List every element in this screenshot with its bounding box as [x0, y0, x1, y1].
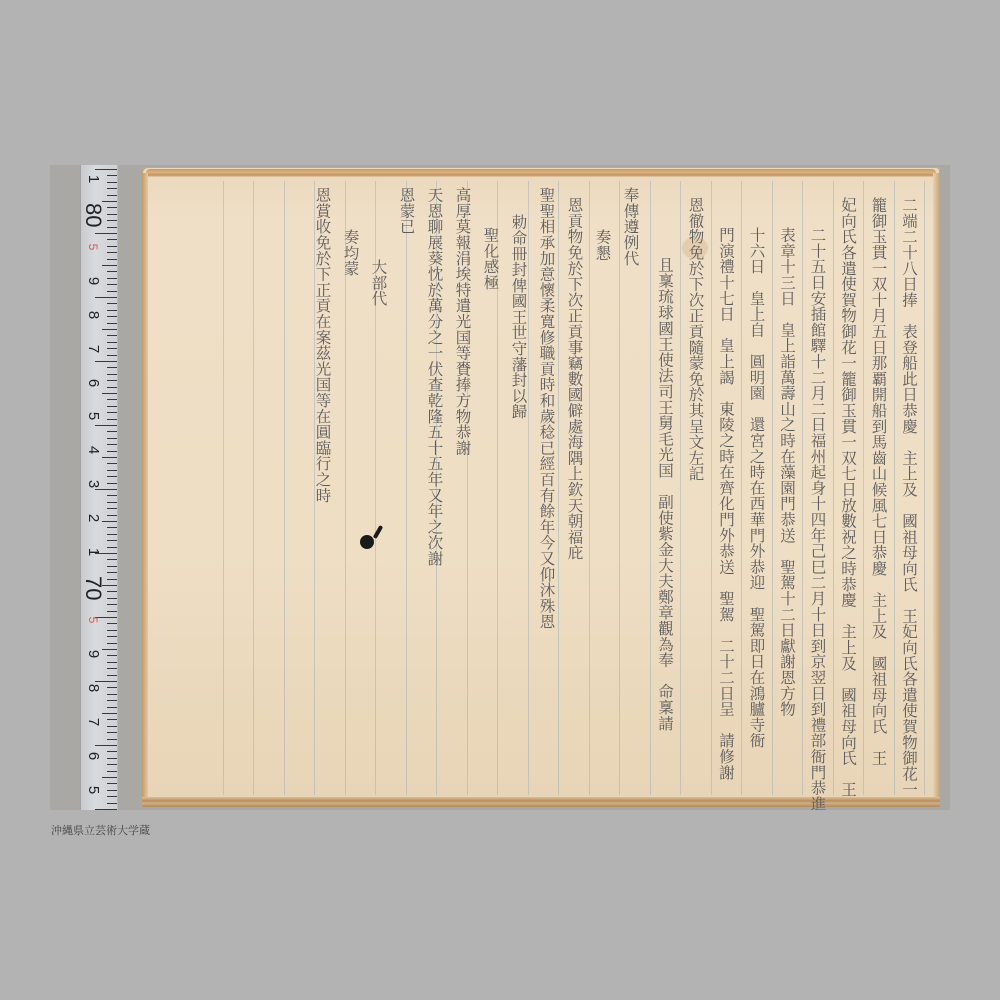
- ruler-tick: [107, 719, 117, 720]
- manuscript-photo: 180598765432170598765 二端二十八日捧 表登船此日恭慶 主上…: [50, 165, 950, 810]
- ruler-tick: [107, 303, 117, 304]
- manuscript-column: 奏懇: [594, 229, 612, 261]
- ruler-tick: [107, 399, 117, 400]
- ruler-tick: [102, 777, 117, 778]
- ruler-tick: [107, 783, 117, 784]
- manuscript-column: 恩賞收免於下正貢在案茲光国等在圓臨行之時: [314, 187, 332, 503]
- ruler-tick: [107, 323, 117, 324]
- ruler-tick: [107, 572, 117, 573]
- ruler-tick: [107, 611, 117, 612]
- ruler-tick: [107, 246, 117, 247]
- ruler-tick: [102, 201, 117, 202]
- ruler-tick: [107, 739, 117, 740]
- ruler-tick: [107, 335, 117, 336]
- ruled-line: [558, 181, 559, 795]
- ruler-tick: [107, 623, 117, 624]
- ruler-tick: [107, 643, 117, 644]
- ruler-tick: [107, 700, 117, 701]
- ruler-tick: [107, 310, 117, 311]
- ruled-line: [802, 181, 803, 795]
- ruler-tick: [107, 278, 117, 279]
- ruler-tick: [107, 188, 117, 189]
- manuscript-column: 籠御玉貫一双十月五日那覇開船到馬齒山候風七日恭慶 主上及 國祖母向氏 王: [870, 197, 888, 766]
- ruler-number: 4: [85, 440, 101, 460]
- ruler-tick: [107, 214, 117, 215]
- ruler-tick: [107, 771, 117, 772]
- ruler-tick: [107, 547, 117, 548]
- ruler-tick: [107, 636, 117, 637]
- ruler-tick: [107, 598, 117, 599]
- ruler-tick: [107, 463, 117, 464]
- ruler-number: 1: [85, 169, 101, 189]
- ruler-tick: [107, 342, 117, 343]
- ruled-line: [528, 181, 529, 795]
- viewer-stage: 180598765432170598765 二端二十八日捧 表登船此日恭慶 主上…: [0, 0, 1000, 1000]
- ruled-line: [924, 181, 925, 795]
- ruler-tick: [102, 265, 117, 266]
- ruler-tick: [107, 508, 117, 509]
- ruler-tick: [107, 195, 117, 196]
- ruler-number: 8: [85, 678, 101, 698]
- page-edge-left: [142, 173, 148, 801]
- manuscript-column: 勅命冊封俾國王世守藩封以歸: [510, 214, 528, 419]
- ruler-number: 7: [85, 712, 101, 732]
- ruled-line: [711, 181, 712, 795]
- ruler-tick: [102, 713, 117, 714]
- ruler-number: 5: [85, 610, 101, 630]
- manuscript-column: 門演禮十七日 皇上謁 東陵之時在齊化門外恭送 聖駕 二十二日呈 請修謝: [717, 227, 735, 780]
- ruler-tick: [107, 566, 117, 567]
- ruler-tick: [107, 732, 117, 733]
- page-edge-top: [146, 169, 936, 177]
- ruled-line: [284, 181, 285, 795]
- ruler-tick: [107, 444, 117, 445]
- ruler-tick: [95, 361, 117, 362]
- ruler-tick: [107, 419, 117, 420]
- ruler-tick: [107, 271, 117, 272]
- ruler-tick: [107, 470, 117, 471]
- ruler-tick: [107, 559, 117, 560]
- ink-blot: [360, 535, 374, 549]
- ruler-number: 9: [85, 271, 101, 291]
- ruler-tick: [102, 457, 117, 458]
- ruled-line: [833, 181, 834, 795]
- manuscript-column: 且稟琉球國王使法司王舅毛光国 副使紫金大夫鄭章觀為奉 命稟請: [656, 257, 674, 731]
- ruler-tick: [107, 220, 117, 221]
- manuscript-column: 大部代: [370, 259, 388, 306]
- ruler-tick: [107, 668, 117, 669]
- ruled-line: [589, 181, 590, 795]
- ruler-tick: [107, 380, 117, 381]
- ruled-line: [741, 181, 742, 795]
- ruler-tick: [107, 495, 117, 496]
- manuscript-page: 二端二十八日捧 表登船此日恭慶 主上及 國祖母向氏 王妃向氏各遣使賀物御花一籠御…: [142, 167, 940, 807]
- ruled-line: [680, 181, 681, 795]
- ruled-line: [894, 181, 895, 795]
- ruler-tick: [107, 355, 117, 356]
- ruler-tick: [107, 374, 117, 375]
- ruler-tick: [107, 591, 117, 592]
- ruler-number: 2: [85, 508, 101, 528]
- manuscript-column: 十六日 皇上自 圓明園 還宮之時在西華門外恭迎 聖駕即日在鴻臚寺衙: [748, 227, 766, 748]
- ruled-line: [406, 181, 407, 795]
- ruler-number: 9: [85, 644, 101, 664]
- ruler-tick: [107, 316, 117, 317]
- ruler-tick: [107, 207, 117, 208]
- ruler-number: 70: [85, 576, 101, 596]
- ruler-number: 5: [85, 406, 101, 426]
- manuscript-column: 聖聖相承加意懷柔寬修職貢時和歲稔已經百有餘年今又仰沐殊恩: [538, 187, 556, 629]
- ruler-tick: [107, 751, 117, 752]
- ruled-line: [650, 181, 651, 795]
- ruler-tick: [107, 406, 117, 407]
- manuscript-column: 恩徹物免於下次正貢隨蒙免於其呈文左記: [687, 197, 705, 481]
- ruler-tick: [107, 412, 117, 413]
- ruler-tick: [107, 687, 117, 688]
- collection-credit-caption: 沖縄県立芸術大学蔵: [51, 822, 150, 838]
- ruler-tick: [107, 515, 117, 516]
- manuscript-column: 高厚莫報涓埃特遣光国等賚捧方物恭謝: [454, 187, 472, 456]
- manuscript-column: 天恩聊展葵忱於萬分之一伏查乾隆五十五年又年之次謝: [426, 187, 444, 566]
- manuscript-column: 二端二十八日捧 表登船此日恭慶 主上及 國祖母向氏 王妃向氏各遣使賀物御花一: [900, 197, 918, 797]
- ruler-tick: [107, 387, 117, 388]
- ruler-tick: [107, 790, 117, 791]
- ruler-tick: [102, 393, 117, 394]
- ruler-tick: [107, 726, 117, 727]
- ruled-line: [772, 181, 773, 795]
- ruler-tick: [107, 796, 117, 797]
- ruler-tick: [107, 502, 117, 503]
- ruler-tick: [107, 527, 117, 528]
- ruler-number: 7: [85, 339, 101, 359]
- manuscript-column: 妃向氏各遣使賀物御花一籠御玉貫一双七日放數祝之時恭慶 主上及 國祖母向氏 王: [839, 197, 857, 797]
- ruled-line: [223, 181, 224, 795]
- ruler-tick: [107, 579, 117, 580]
- ruler-tick: [102, 649, 117, 650]
- ruler-number: 5: [85, 237, 101, 257]
- ruler-tick: [107, 662, 117, 663]
- ruler-tick: [107, 175, 117, 176]
- ruler-tick: [95, 233, 117, 234]
- ruler-number: 3: [85, 474, 101, 494]
- manuscript-column: 二十五日安插館驛十二月二日福州起身十四年己巳二月十日到京翌日到禮部衙門恭進: [809, 227, 827, 810]
- manuscript-column: 聖化感極: [482, 227, 500, 290]
- ruled-line: [619, 181, 620, 795]
- ruled-line: [863, 181, 864, 795]
- page-edge-right: [933, 173, 940, 801]
- ruler-tick: [107, 534, 117, 535]
- ruler-tick: [95, 297, 117, 298]
- ruler-tick: [107, 758, 117, 759]
- ruler-number: 5: [85, 780, 101, 800]
- ruler-tick: [107, 483, 117, 484]
- ruler-tick: [102, 521, 117, 522]
- measuring-ruler: 180598765432170598765: [80, 165, 118, 810]
- ruler-tick: [107, 284, 117, 285]
- ruler-tick: [107, 707, 117, 708]
- manuscript-column: 奉傳遵例代: [622, 187, 640, 266]
- ruler-tick: [107, 655, 117, 656]
- manuscript-column: 表章十三日 皇上詣萬壽山之時在藻園門恭送 聖駕十二日獻謝恩方物: [778, 227, 796, 717]
- ruler-tick: [107, 803, 117, 804]
- ruler-tick: [107, 182, 117, 183]
- ruler-tick: [107, 694, 117, 695]
- manuscript-column: 恩蒙已: [398, 187, 416, 234]
- ruler-tick: [107, 438, 117, 439]
- ruler-tick: [107, 764, 117, 765]
- ruler-tick: [107, 252, 117, 253]
- ruler-tick: [95, 809, 117, 810]
- ruler-number: 80: [85, 203, 101, 223]
- ruler-tick: [107, 675, 117, 676]
- ruler-tick: [107, 239, 117, 240]
- ruler-number: 8: [85, 305, 101, 325]
- ruler-number: 1: [85, 542, 101, 562]
- ruler-tick: [107, 227, 117, 228]
- ruler-number: 6: [85, 373, 101, 393]
- manuscript-column: 恩貢物免於下次正貢事竊數國僻處海隅上欽天朝福庇: [566, 197, 584, 560]
- ruler-tick: [107, 540, 117, 541]
- ruler-number: 6: [85, 746, 101, 766]
- ruler-tick: [107, 291, 117, 292]
- ruler-tick: [107, 367, 117, 368]
- ruler-tick: [107, 431, 117, 432]
- ruled-line: [253, 181, 254, 795]
- manuscript-column: 奏均蒙: [342, 229, 360, 276]
- ruler-tick: [107, 348, 117, 349]
- ruler-tick: [102, 329, 117, 330]
- ruler-tick: [107, 604, 117, 605]
- ruler-tick: [107, 259, 117, 260]
- ruler-tick: [107, 476, 117, 477]
- ruler-tick: [107, 630, 117, 631]
- ruler-tick: [107, 451, 117, 452]
